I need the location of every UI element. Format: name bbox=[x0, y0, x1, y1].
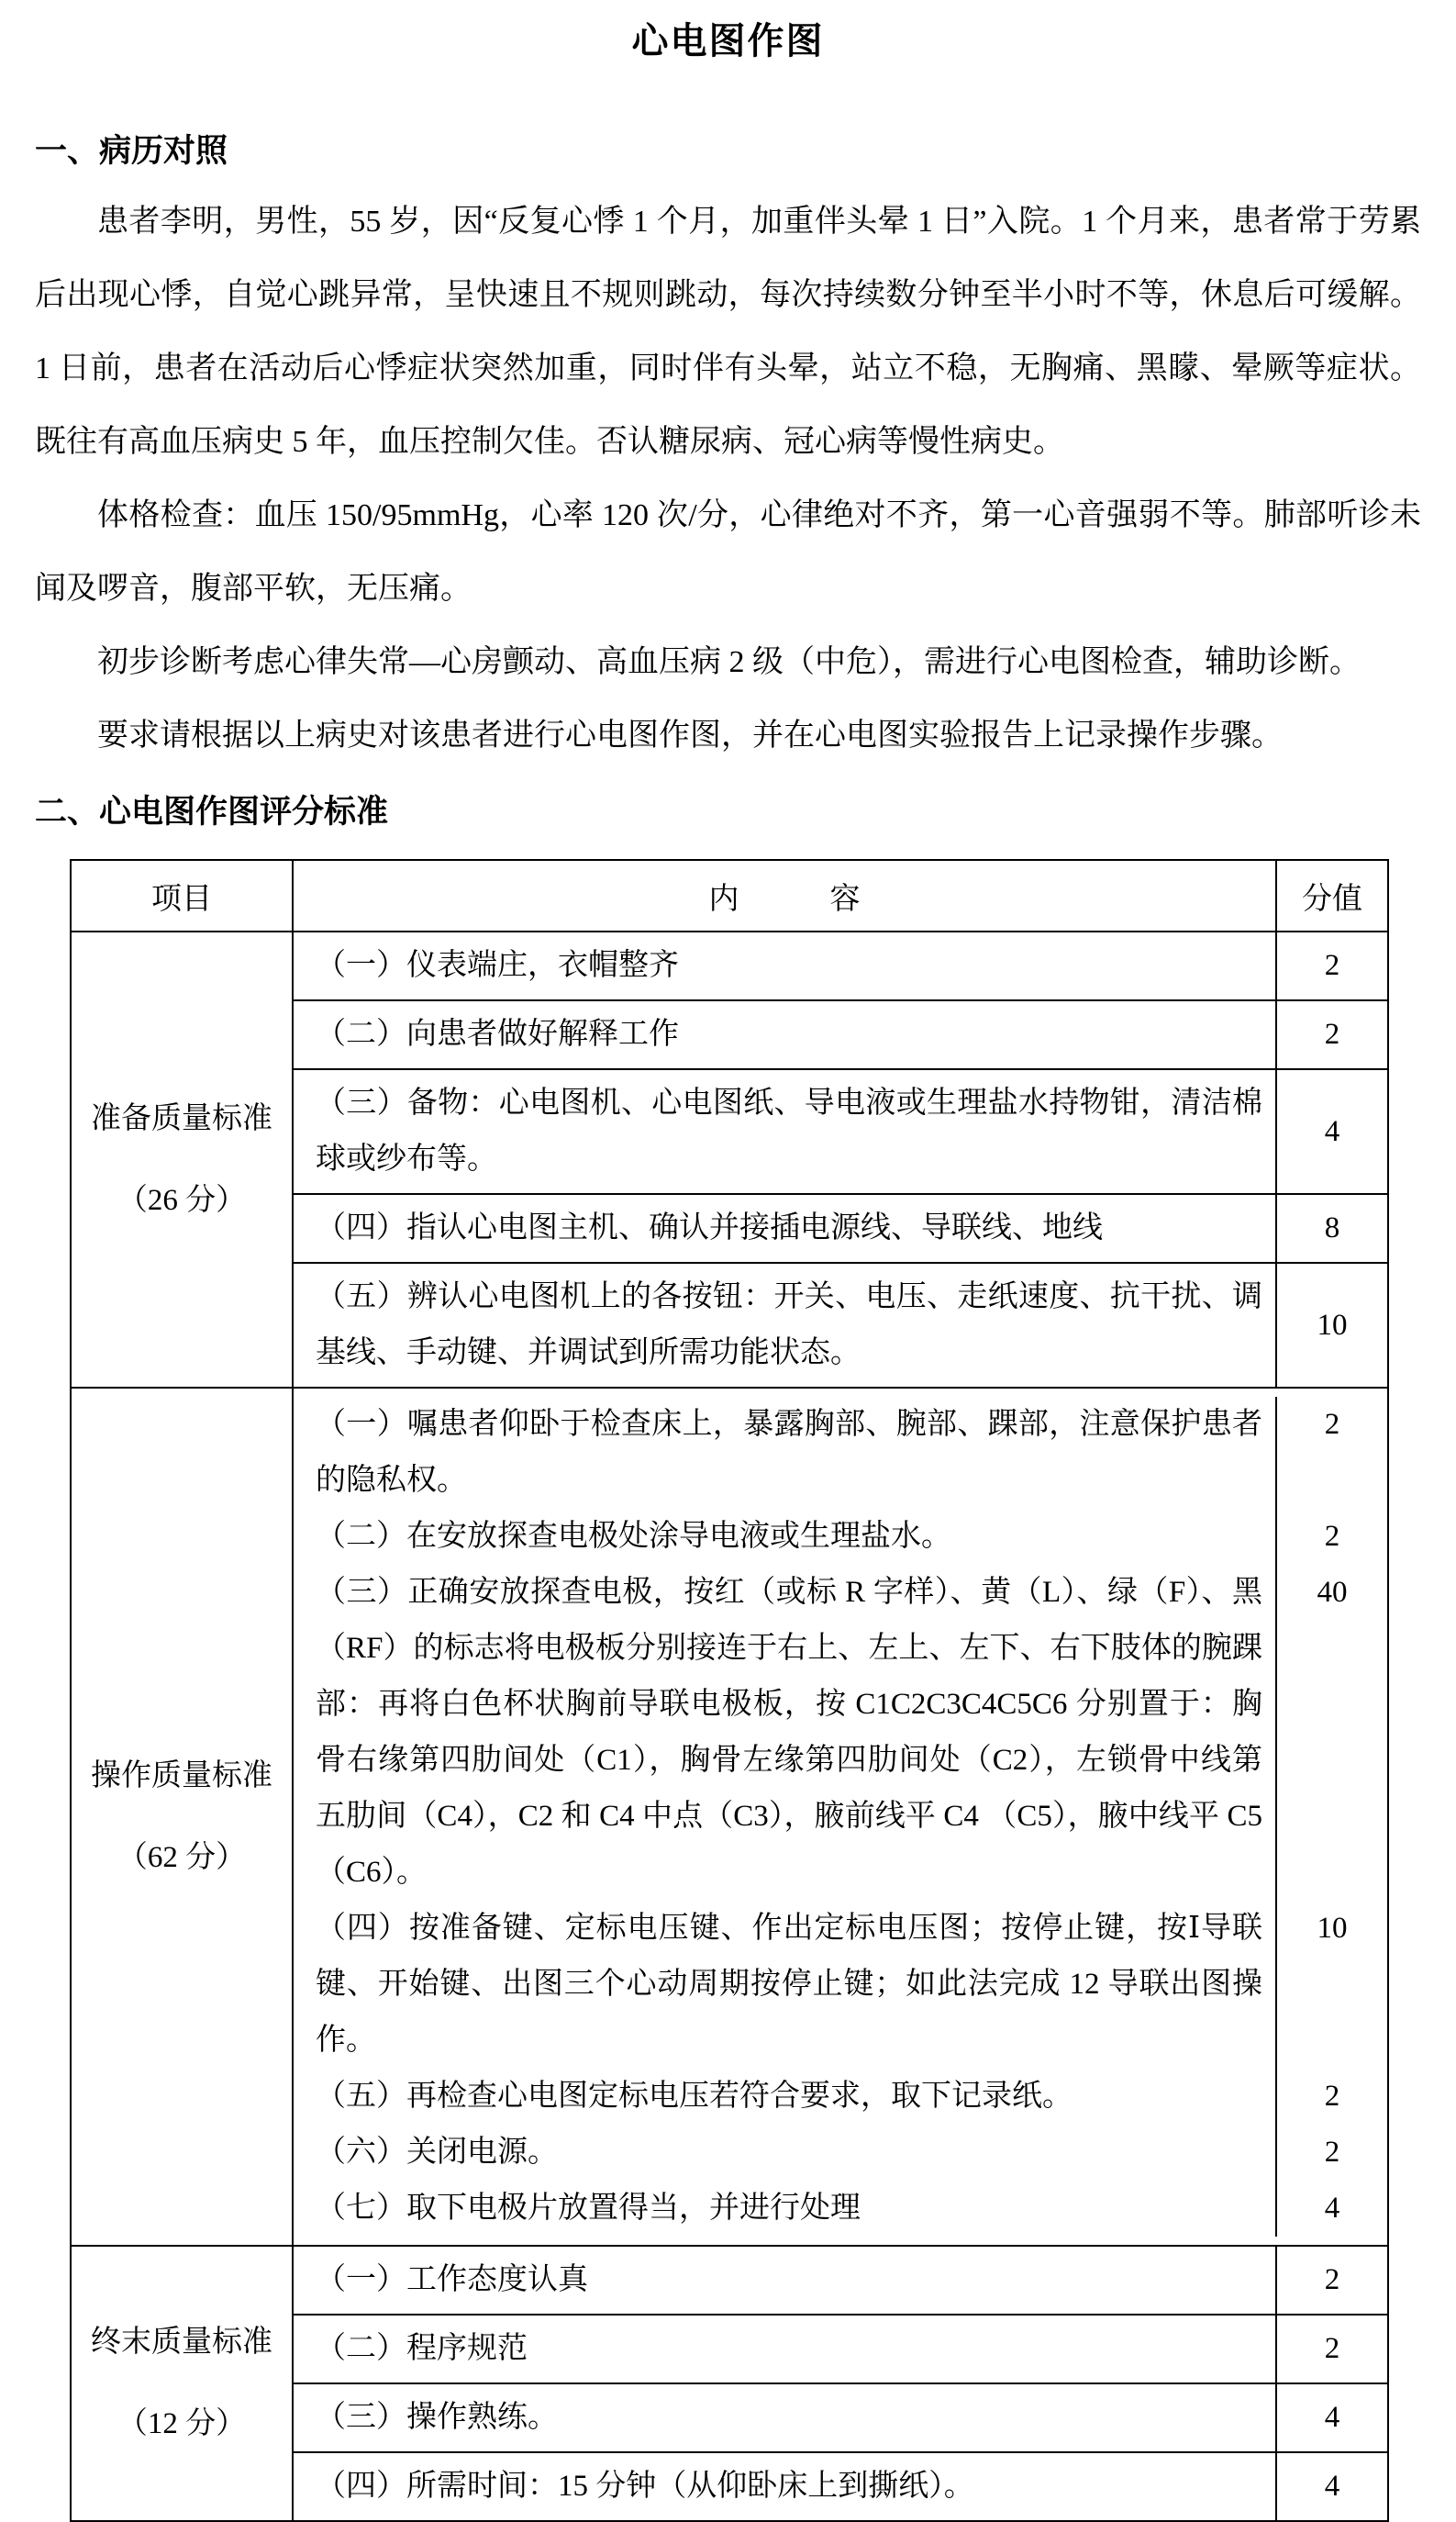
row-score: 4 bbox=[1277, 2453, 1387, 2520]
table-header-item: 项目 bbox=[72, 861, 294, 931]
table-row: （四）按准备键、定标电压键、作出定标电压图；按停止键，按Ⅰ导联键、开始键、出图三… bbox=[294, 1901, 1387, 2069]
row-content: （四）所需时间：15 分钟（从仰卧床上到撕纸）。 bbox=[294, 2453, 1277, 2520]
row-score: 4 bbox=[1277, 2384, 1387, 2451]
table-item-cell: 操作质量标准（62 分） bbox=[72, 1389, 294, 2245]
group-label-line2: （26 分） bbox=[117, 1173, 246, 1229]
row-score: 2 bbox=[1277, 932, 1387, 999]
section-heading-case-history: 一、病历对照 bbox=[35, 128, 1421, 174]
score-table-body: 准备质量标准（26 分）（一）仪表端庄，衣帽整齐2（二）向患者做好解释工作2（三… bbox=[72, 931, 1387, 2520]
row-score: 2 bbox=[1277, 1397, 1387, 1509]
paragraph: 体格检查：血压 150/95mmHg，心率 120 次/分，心律绝对不齐，第一心… bbox=[35, 479, 1421, 626]
group-label-line1: 终末质量标准 bbox=[91, 2315, 272, 2371]
row-content: （一）嘱患者仰卧于检查床上，暴露胸部、腕部、踝部，注意保护患者的隐私权。 bbox=[294, 1397, 1277, 1509]
table-row: （四）所需时间：15 分钟（从仰卧床上到撕纸）。4 bbox=[294, 2451, 1387, 2520]
row-content: （五）再检查心电图定标电压若符合要求，取下记录纸。 bbox=[294, 2069, 1277, 2125]
table-row: （三）正确安放探查电极，按红（或标 R 字样）、黄（L）、绿（F）、黑（RF）的… bbox=[294, 1565, 1387, 1901]
row-content: （二）向患者做好解释工作 bbox=[294, 1001, 1277, 1068]
table-row: （五）辨认心电图机上的各按钮：开关、电压、走纸速度、抗干扰、调基线、手动键、并调… bbox=[294, 1262, 1387, 1387]
table-header-row: 项目 内 容 分值 bbox=[72, 861, 1387, 931]
row-content: （二）在安放探查电极处涂导电液或生理盐水。 bbox=[294, 1509, 1277, 1565]
row-content: （一）工作态度认真 bbox=[294, 2247, 1277, 2314]
row-content: （四）按准备键、定标电压键、作出定标电压图；按停止键，按Ⅰ导联键、开始键、出图三… bbox=[294, 1901, 1277, 2069]
table-rows: （一）嘱患者仰卧于检查床上，暴露胸部、腕部、踝部，注意保护患者的隐私权。2（二）… bbox=[294, 1389, 1387, 2245]
row-score: 2 bbox=[1277, 1001, 1387, 1068]
row-score: 4 bbox=[1277, 1070, 1387, 1193]
row-score: 8 bbox=[1277, 1195, 1387, 1262]
row-score: 2 bbox=[1277, 2316, 1387, 2383]
row-content: （七）取下电极片放置得当，并进行处理 bbox=[294, 2181, 1277, 2237]
row-content: （四）指认心电图主机、确认并接插电源线、导联线、地线 bbox=[294, 1195, 1277, 1262]
table-row: （三）操作熟练。4 bbox=[294, 2383, 1387, 2451]
table-item-cell: 终末质量标准（12 分） bbox=[72, 2247, 294, 2520]
row-content: （一）仪表端庄，衣帽整齐 bbox=[294, 932, 1277, 999]
section-heading-scoring-standard: 二、心电图作图评分标准 bbox=[35, 789, 1421, 835]
table-row: （六）关闭电源。2 bbox=[294, 2125, 1387, 2181]
paragraph: 要求请根据以上病史对该患者进行心电图作图，并在心电图实验报告上记录操作步骤。 bbox=[35, 699, 1421, 773]
row-score: 2 bbox=[1277, 2069, 1387, 2125]
row-content: （六）关闭电源。 bbox=[294, 2125, 1277, 2181]
group-label-line1: 准备质量标准 bbox=[91, 1091, 272, 1147]
row-score: 10 bbox=[1277, 1264, 1387, 1387]
score-table: 项目 内 容 分值 准备质量标准（26 分）（一）仪表端庄，衣帽整齐2（二）向患… bbox=[70, 859, 1389, 2522]
group-label-line2: （12 分） bbox=[117, 2396, 246, 2452]
table-row: （七）取下电极片放置得当，并进行处理4 bbox=[294, 2181, 1387, 2237]
table-group: 操作质量标准（62 分）（一）嘱患者仰卧于检查床上，暴露胸部、腕部、踝部，注意保… bbox=[72, 1387, 1387, 2245]
group-label-line1: 操作质量标准 bbox=[91, 1748, 272, 1804]
row-content: （三）正确安放探查电极，按红（或标 R 字样）、黄（L）、绿（F）、黑（RF）的… bbox=[294, 1565, 1277, 1901]
row-score: 2 bbox=[1277, 2247, 1387, 2314]
table-row: （二）程序规范2 bbox=[294, 2314, 1387, 2383]
table-header-content: 内 容 bbox=[294, 861, 1277, 931]
row-content: （二）程序规范 bbox=[294, 2316, 1277, 2383]
table-row: （二）在安放探查电极处涂导电液或生理盐水。2 bbox=[294, 1509, 1387, 1565]
paragraph: 患者李明，男性，55 岁，因“反复心悸 1 个月，加重伴头晕 1 日”入院。1 … bbox=[35, 185, 1421, 479]
case-history-body: 患者李明，男性，55 岁，因“反复心悸 1 个月，加重伴头晕 1 日”入院。1 … bbox=[35, 185, 1421, 773]
table-row: （一）嘱患者仰卧于检查床上，暴露胸部、腕部、踝部，注意保护患者的隐私权。2 bbox=[294, 1397, 1387, 1509]
table-header-score: 分值 bbox=[1277, 861, 1387, 931]
paragraph: 初步诊断考虑心律失常—心房颤动、高血压病 2 级（中危），需进行心电图检查，辅助… bbox=[35, 626, 1421, 699]
table-rows: （一）仪表端庄，衣帽整齐2（二）向患者做好解释工作2（三）备物：心电图机、心电图… bbox=[294, 932, 1387, 1387]
row-score: 10 bbox=[1277, 1901, 1387, 2069]
table-item-cell: 准备质量标准（26 分） bbox=[72, 932, 294, 1387]
row-score: 40 bbox=[1277, 1565, 1387, 1901]
group-label-line2: （62 分） bbox=[117, 1830, 246, 1886]
row-content: （五）辨认心电图机上的各按钮：开关、电压、走纸速度、抗干扰、调基线、手动键、并调… bbox=[294, 1264, 1277, 1387]
row-content: （三）操作熟练。 bbox=[294, 2384, 1277, 2451]
row-score: 2 bbox=[1277, 1509, 1387, 1565]
row-score: 2 bbox=[1277, 2125, 1387, 2181]
table-row: （五）再检查心电图定标电压若符合要求，取下记录纸。2 bbox=[294, 2069, 1387, 2125]
table-row: （一）工作态度认真2 bbox=[294, 2247, 1387, 2314]
document-page: 心电图作图 一、病历对照 患者李明，男性，55 岁，因“反复心悸 1 个月，加重… bbox=[0, 15, 1456, 2522]
table-row: （一）仪表端庄，衣帽整齐2 bbox=[294, 932, 1387, 999]
row-score: 4 bbox=[1277, 2181, 1387, 2237]
table-row: （三）备物：心电图机、心电图纸、导电液或生理盐水持物钳，清洁棉球或纱布等。4 bbox=[294, 1068, 1387, 1193]
table-group: 准备质量标准（26 分）（一）仪表端庄，衣帽整齐2（二）向患者做好解释工作2（三… bbox=[72, 931, 1387, 1387]
table-group: 终末质量标准（12 分）（一）工作态度认真2（二）程序规范2（三）操作熟练。4（… bbox=[72, 2245, 1387, 2520]
table-rows: （一）工作态度认真2（二）程序规范2（三）操作熟练。4（四）所需时间：15 分钟… bbox=[294, 2247, 1387, 2520]
table-row: （四）指认心电图主机、确认并接插电源线、导联线、地线8 bbox=[294, 1193, 1387, 1262]
page-title: 心电图作图 bbox=[35, 15, 1421, 68]
table-row: （二）向患者做好解释工作2 bbox=[294, 999, 1387, 1068]
row-content: （三）备物：心电图机、心电图纸、导电液或生理盐水持物钳，清洁棉球或纱布等。 bbox=[294, 1070, 1277, 1193]
